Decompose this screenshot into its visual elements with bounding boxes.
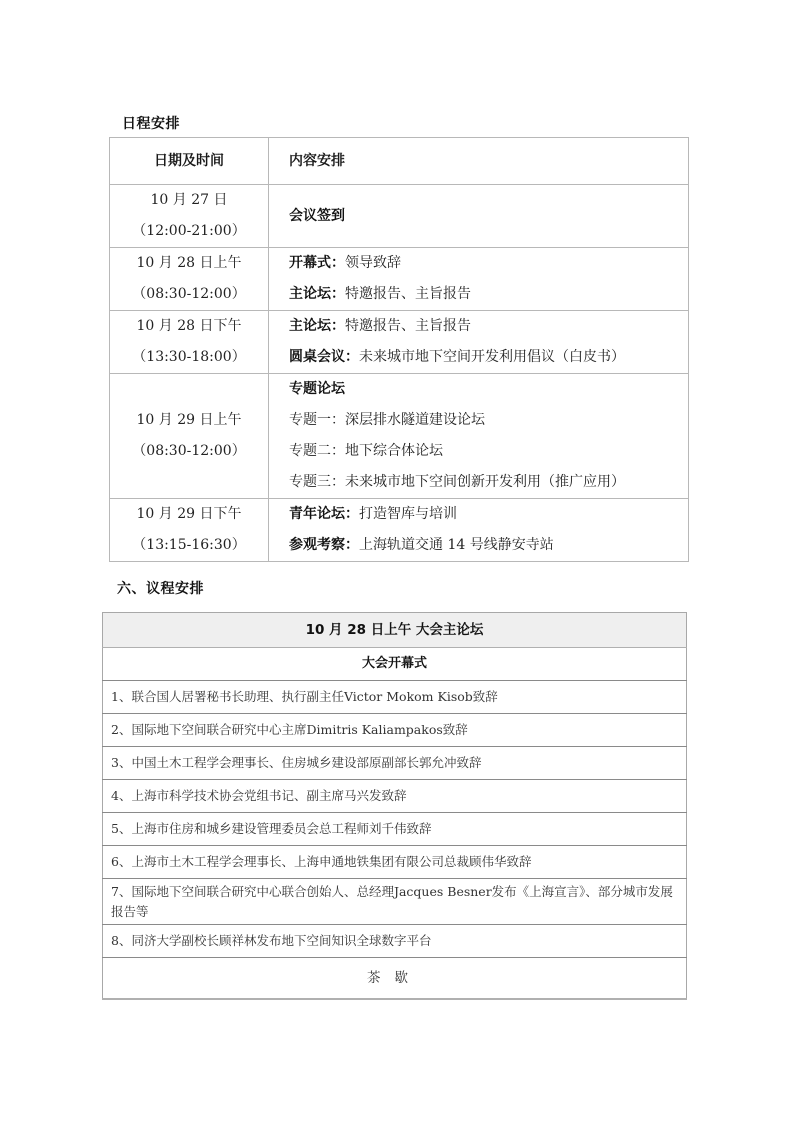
agenda-item-row: 1、联合国人居署秘书长助理、执行副主任Victor Mokom Kisob致辞	[103, 681, 687, 714]
schedule-header-row: 日期及时间 内容安排	[110, 138, 689, 185]
agenda-subheader: 大会开幕式	[103, 648, 687, 681]
agenda-subheader-row: 大会开幕式	[103, 648, 687, 681]
agenda-table: 10 月 28 日上午 大会主论坛 大会开幕式 1、联合国人居署秘书长助理、执行…	[102, 612, 687, 1000]
schedule-date-cell: 10 月 29 日上午 （08:30-12:00）	[110, 374, 269, 499]
agenda-item-row: 5、上海市住房和城乡建设管理委员会总工程师刘千伟致辞	[103, 813, 687, 846]
agenda-item: 2、国际地下空间联合研究中心主席Dimitris Kaliampakos致辞	[103, 714, 687, 747]
column-header-content: 内容安排	[269, 138, 689, 185]
agenda-item: 1、联合国人居署秘书长助理、执行副主任Victor Mokom Kisob致辞	[103, 681, 687, 714]
schedule-content-cell: 专题论坛 专题一：深层排水隧道建设论坛 专题二：地下综合体论坛 专题三：未来城市…	[269, 374, 689, 499]
schedule-row: 10 月 28 日下午 （13:30-18:00） 主论坛：特邀报告、主旨报告 …	[110, 311, 689, 374]
tea-break: 茶歇	[103, 958, 687, 1000]
schedule-row: 10 月 29 日下午 （13:15-16:30） 青年论坛：打造智库与培训 参…	[110, 499, 689, 562]
schedule-time: （08:30-12:00）	[110, 279, 268, 310]
agenda-item: 4、上海市科学技术协会党组书记、副主席马兴发致辞	[103, 780, 687, 813]
agenda-item: 7、国际地下空间联合研究中心联合创始人、总经理Jacques Besner发布《…	[103, 879, 687, 925]
schedule-date: 10 月 29 日上午	[110, 405, 268, 436]
agenda-item: 3、中国土木工程学会理事长、住房城乡建设部原副部长郭允冲致辞	[103, 747, 687, 780]
agenda-item-row: 7、国际地下空间联合研究中心联合创始人、总经理Jacques Besner发布《…	[103, 879, 687, 925]
agenda-item: 5、上海市住房和城乡建设管理委员会总工程师刘千伟致辞	[103, 813, 687, 846]
schedule-date-cell: 10 月 28 日上午 （08:30-12:00）	[110, 248, 269, 311]
schedule-date: 10 月 28 日下午	[110, 311, 268, 342]
schedule-item-bold: 开幕式：	[289, 255, 345, 271]
agenda-header-row: 10 月 28 日上午 大会主论坛	[103, 613, 687, 648]
schedule-item-text: 打造智库与培训	[359, 506, 457, 522]
schedule-table: 日期及时间 内容安排 10 月 27 日 （12:00-21:00） 会议签到 …	[109, 137, 689, 562]
agenda-item-row: 3、中国土木工程学会理事长、住房城乡建设部原副部长郭允冲致辞	[103, 747, 687, 780]
schedule-date: 10 月 27 日	[110, 185, 268, 216]
agenda-header: 10 月 28 日上午 大会主论坛	[103, 613, 687, 648]
schedule-item-bold: 圆桌会议：	[289, 349, 359, 365]
schedule-item-text: 领导致辞	[345, 255, 401, 271]
schedule-item-text: 专题一：深层排水隧道建设论坛	[289, 412, 485, 428]
schedule-date-cell: 10 月 28 日下午 （13:30-18:00）	[110, 311, 269, 374]
schedule-item-bold: 参观考察：	[289, 537, 359, 553]
agenda-item: 6、上海市土木工程学会理事长、上海申通地铁集团有限公司总裁顾伟华致辞	[103, 846, 687, 879]
agenda-item-row: 6、上海市土木工程学会理事长、上海申通地铁集团有限公司总裁顾伟华致辞	[103, 846, 687, 879]
schedule-content-cell: 会议签到	[269, 185, 689, 248]
agenda-break-row: 茶歇	[103, 958, 687, 1000]
schedule-date: 10 月 29 日下午	[110, 499, 268, 530]
schedule-item-text: 专题三：未来城市地下空间创新开发利用（推广应用）	[289, 474, 625, 490]
schedule-date-cell: 10 月 27 日 （12:00-21:00）	[110, 185, 269, 248]
schedule-item-text: 上海轨道交通 14 号线静安寺站	[359, 537, 554, 553]
agenda-item-row: 4、上海市科学技术协会党组书记、副主席马兴发致辞	[103, 780, 687, 813]
schedule-title: 日程安排	[122, 113, 180, 133]
schedule-item-bold: 青年论坛：	[289, 506, 359, 522]
schedule-item-text: 特邀报告、主旨报告	[345, 286, 471, 302]
schedule-item-bold: 主论坛：	[289, 318, 345, 334]
schedule-row: 10 月 28 日上午 （08:30-12:00） 开幕式：领导致辞 主论坛：特…	[110, 248, 689, 311]
schedule-item-bold: 主论坛：	[289, 286, 345, 302]
schedule-time: （13:30-18:00）	[110, 342, 268, 373]
agenda-item-row: 2、国际地下空间联合研究中心主席Dimitris Kaliampakos致辞	[103, 714, 687, 747]
schedule-content-cell: 青年论坛：打造智库与培训 参观考察：上海轨道交通 14 号线静安寺站	[269, 499, 689, 562]
schedule-item-text: 特邀报告、主旨报告	[345, 318, 471, 334]
schedule-content-cell: 主论坛：特邀报告、主旨报告 圆桌会议：未来城市地下空间开发利用倡议（白皮书）	[269, 311, 689, 374]
schedule-date-cell: 10 月 29 日下午 （13:15-16:30）	[110, 499, 269, 562]
schedule-item-text: 专题二：地下综合体论坛	[289, 443, 443, 459]
schedule-time: （12:00-21:00）	[110, 216, 268, 247]
agenda-item: 8、同济大学副校长顾祥林发布地下空间知识全球数字平台	[103, 925, 687, 958]
schedule-time: （08:30-12:00）	[110, 436, 268, 467]
schedule-content-cell: 开幕式：领导致辞 主论坛：特邀报告、主旨报告	[269, 248, 689, 311]
schedule-time: （13:15-16:30）	[110, 530, 268, 561]
agenda-title: 六、议程安排	[117, 578, 204, 598]
column-header-date: 日期及时间	[110, 138, 269, 185]
agenda-item-row: 8、同济大学副校长顾祥林发布地下空间知识全球数字平台	[103, 925, 687, 958]
schedule-item-bold: 专题论坛	[289, 381, 345, 397]
schedule-date: 10 月 28 日上午	[110, 248, 268, 279]
schedule-row: 10 月 27 日 （12:00-21:00） 会议签到	[110, 185, 689, 248]
schedule-item-text: 未来城市地下空间开发利用倡议（白皮书）	[359, 349, 625, 365]
schedule-row: 10 月 29 日上午 （08:30-12:00） 专题论坛 专题一：深层排水隧…	[110, 374, 689, 499]
schedule-item-bold: 会议签到	[289, 208, 345, 224]
